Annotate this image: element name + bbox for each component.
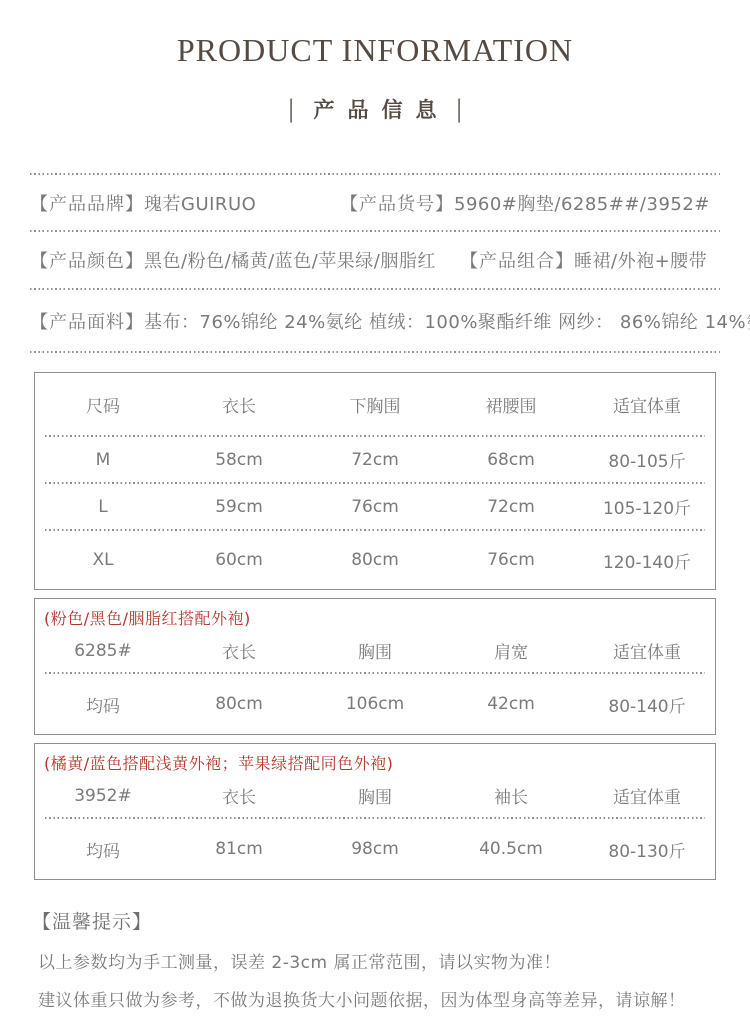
table-row: M 58cm 72cm 68cm 80-105斤 <box>35 437 715 482</box>
subtitle-text: 产品信息 <box>314 94 450 124</box>
table-header-row: 3952# 衣长 胸围 袖长 适宜体重 <box>35 774 715 817</box>
table-cell: 81cm <box>171 839 307 859</box>
brand-value: 瑰若GUIRUO <box>144 194 256 215</box>
header-cell: 适宜体重 <box>579 783 715 808</box>
table-cell: 40.5cm <box>443 839 579 859</box>
header-cell: 衣长 <box>171 783 307 808</box>
size-tables: 尺码 衣长 下胸围 裙腰围 适宜体重 M 58cm 72cm 68cm 80-1… <box>34 372 716 880</box>
color-pair: 【产品颜色】黑色/粉色/橘黄/蓝色/苹果绿/胭脂红 <box>30 247 460 273</box>
fabric-label: 【产品面料】 <box>30 312 144 333</box>
header-cell: 下胸围 <box>307 392 443 417</box>
header-cell: 3952# <box>35 786 171 806</box>
table-cell: 均码 <box>35 692 171 717</box>
product-attributes: 【产品品牌】瑰若GUIRUO 【产品货号】5960#胸垫/6285##/3952… <box>30 173 720 353</box>
warm-tips-line: 以上参数均为手工测量，误差 2-3cm 属正常范围，请以实物为准！ <box>38 948 718 973</box>
combo-label: 【产品组合】 <box>460 251 574 272</box>
subtitle-left-bar: | <box>289 95 295 123</box>
size-table-3952: (橘黄/蓝色搭配浅黄外袍；苹果绿搭配同色外袍) 3952# 衣长 胸围 袖长 适… <box>34 743 716 880</box>
warm-tips-line: 建议体重只做为参考，不做为退换货大小问题依据，因为体型身高等差异，请谅解！ <box>38 986 718 1011</box>
fabric-pair: 【产品面料】基布：76%锦纶 24%氨纶 植绒：100%聚酯纤维 网纱： 86%… <box>30 308 750 334</box>
table-cell: 76cm <box>307 497 443 517</box>
color-match-note: (橘黄/蓝色搭配浅黄外袍；苹果绿搭配同色外袍) <box>35 744 715 774</box>
sku-label: 【产品货号】 <box>340 194 454 215</box>
header-cell: 袖长 <box>443 783 579 808</box>
header-cell: 胸围 <box>307 783 443 808</box>
warm-tips: 【温馨提示】 以上参数均为手工测量，误差 2-3cm 属正常范围，请以实物为准！… <box>32 907 718 1011</box>
page-subtitle: | 产品信息 | <box>0 94 750 124</box>
header-cell: 6285# <box>35 641 171 661</box>
color-value: 黑色/粉色/橘黄/蓝色/苹果绿/胭脂红 <box>144 251 436 272</box>
table-cell: 80-105斤 <box>579 447 715 472</box>
table-cell: 58cm <box>171 450 307 470</box>
size-table-6285: (粉色/黑色/胭脂红搭配外袍) 6285# 衣长 胸围 肩宽 适宜体重 均码 8… <box>34 598 716 735</box>
header-cell: 裙腰围 <box>443 392 579 417</box>
table-row: L 59cm 76cm 72cm 105-120斤 <box>35 484 715 529</box>
header-cell: 衣长 <box>171 638 307 663</box>
size-table-main: 尺码 衣长 下胸围 裙腰围 适宜体重 M 58cm 72cm 68cm 80-1… <box>34 372 716 590</box>
table-cell: 80cm <box>307 550 443 570</box>
table-cell: 76cm <box>443 550 579 570</box>
dotted-divider <box>30 351 720 353</box>
table-cell: 120-140斤 <box>579 548 715 573</box>
header-cell: 适宜体重 <box>579 392 715 417</box>
table-cell: L <box>35 497 171 517</box>
combo-pair: 【产品组合】睡裙/外袍+腰带 <box>460 247 707 273</box>
table-header-row: 6285# 衣长 胸围 肩宽 适宜体重 <box>35 629 715 672</box>
table-cell: 80cm <box>171 694 307 714</box>
product-information-page: PRODUCT INFORMATION | 产品信息 | 【产品品牌】瑰若GUI… <box>0 0 750 1032</box>
table-cell: 98cm <box>307 839 443 859</box>
color-label: 【产品颜色】 <box>30 251 144 272</box>
table-cell: M <box>35 450 171 470</box>
table-cell: 72cm <box>443 497 579 517</box>
table-cell: 80-140斤 <box>579 692 715 717</box>
combo-value: 睡裙/外袍+腰带 <box>574 251 707 272</box>
brand-label: 【产品品牌】 <box>30 194 144 215</box>
page-title: PRODUCT INFORMATION <box>0 0 750 69</box>
brand-pair: 【产品品牌】瑰若GUIRUO <box>30 190 340 216</box>
fabric-value: 基布：76%锦纶 24%氨纶 植绒：100%聚酯纤维 网纱： 86%锦纶 14%… <box>144 312 750 333</box>
table-cell: 72cm <box>307 450 443 470</box>
attribute-row-color-combo: 【产品颜色】黑色/粉色/橘黄/蓝色/苹果绿/胭脂红 【产品组合】睡裙/外袍+腰带 <box>30 232 720 288</box>
header-cell: 尺码 <box>35 392 171 417</box>
header-cell: 适宜体重 <box>579 638 715 663</box>
header-cell: 衣长 <box>171 392 307 417</box>
table-row: 均码 80cm 106cm 42cm 80-140斤 <box>35 674 715 734</box>
table-cell: 均码 <box>35 837 171 862</box>
table-header-row: 尺码 衣长 下胸围 裙腰围 适宜体重 <box>35 373 715 435</box>
table-cell: 105-120斤 <box>579 494 715 519</box>
subtitle-right-bar: | <box>456 95 462 123</box>
header-cell: 肩宽 <box>443 638 579 663</box>
table-cell: 42cm <box>443 694 579 714</box>
table-row: 均码 81cm 98cm 40.5cm 80-130斤 <box>35 819 715 879</box>
header-cell: 胸围 <box>307 638 443 663</box>
table-cell: 59cm <box>171 497 307 517</box>
attribute-row-fabric: 【产品面料】基布：76%锦纶 24%氨纶 植绒：100%聚酯纤维 网纱： 86%… <box>30 290 720 351</box>
attribute-row-brand-sku: 【产品品牌】瑰若GUIRUO 【产品货号】5960#胸垫/6285##/3952… <box>30 175 720 230</box>
table-cell: 60cm <box>171 550 307 570</box>
sku-pair: 【产品货号】5960#胸垫/6285##/3952# <box>340 190 710 216</box>
table-cell: 68cm <box>443 450 579 470</box>
table-cell: XL <box>35 550 171 570</box>
sku-value: 5960#胸垫/6285##/3952# <box>454 194 710 215</box>
table-cell: 80-130斤 <box>579 837 715 862</box>
warm-tips-title: 【温馨提示】 <box>32 907 718 934</box>
color-match-note: (粉色/黑色/胭脂红搭配外袍) <box>35 599 715 629</box>
table-row: XL 60cm 80cm 76cm 120-140斤 <box>35 531 715 589</box>
table-cell: 106cm <box>307 694 443 714</box>
